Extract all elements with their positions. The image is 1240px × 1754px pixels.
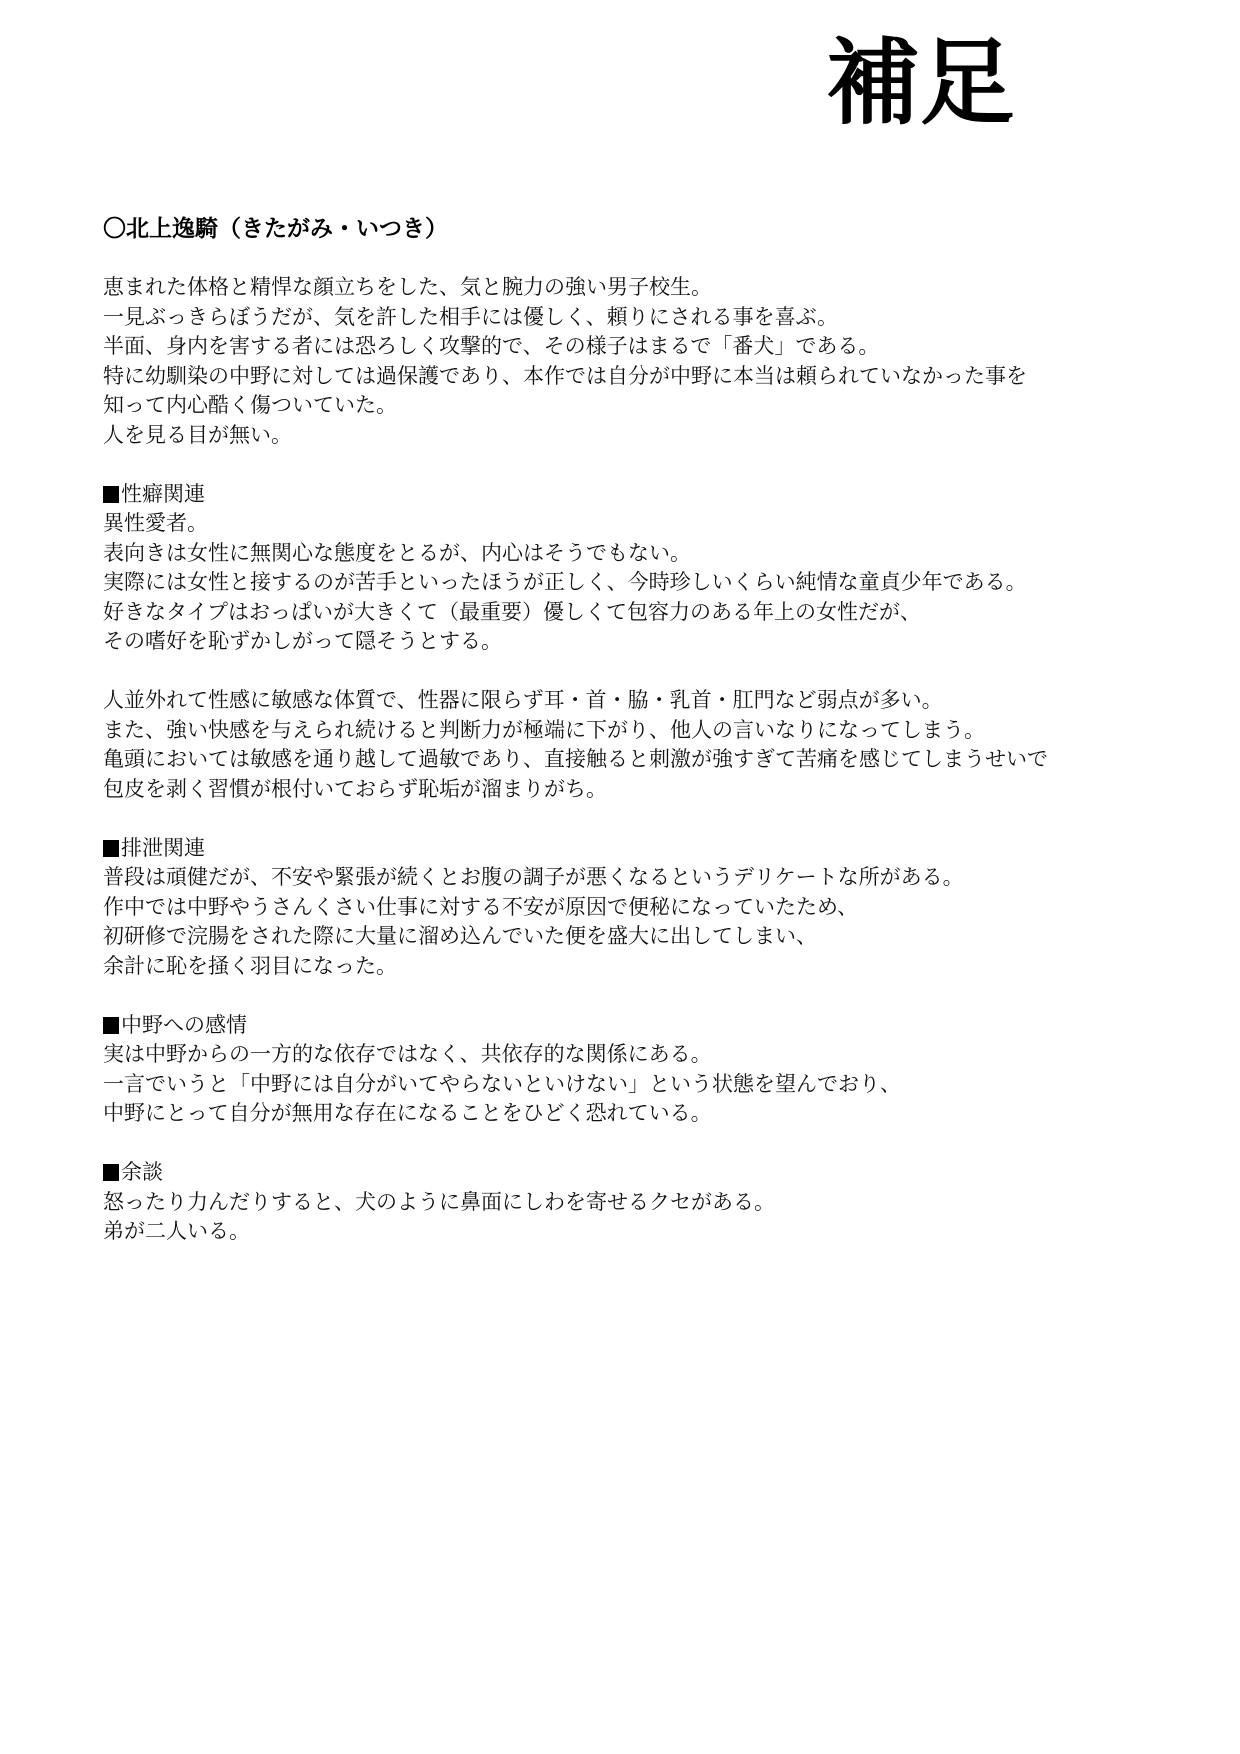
text-line: 人並外れて性感に敏感な体質で、性器に限らず耳・首・脇・乳首・肛門など弱点が多い。 [103, 686, 1183, 716]
text-line: また、強い快感を与えられ続けると判断力が極端に下がり、他人の言いなりになってしま… [103, 716, 1183, 746]
text-line: 表向きは女性に無関心な態度をとるが、内心はそうでもない。 [103, 539, 1183, 569]
text-line: 一見ぶっきらぼうだが、気を許した相手には優しく、頼りにされる事を喜ぶ。 [103, 303, 1183, 333]
text-line: 弟が二人いる。 [103, 1217, 1183, 1247]
black-square-icon [103, 840, 119, 857]
text-line: 人を見る目が無い。 [103, 421, 1183, 451]
text-line: 包皮を剥く習慣が根付いておらず恥垢が溜まりがち。 [103, 775, 1183, 805]
page-title: 補足 [826, 24, 1014, 144]
section-heading-label: 中野への感情 [121, 1013, 247, 1037]
section-fetish-paragraph-2: 人並外れて性感に敏感な体質で、性器に限らず耳・首・脇・乳首・肛門など弱点が多い。… [103, 686, 1183, 804]
section-heading-label: 性癖関連 [121, 482, 205, 506]
text-line: 実際には女性と接するのが苦手といったほうが正しく、今時珍しいくらい純情な童貞少年… [103, 568, 1183, 598]
section-heading: 排泄関連 [103, 834, 1183, 864]
text-line: 余計に恥を掻く羽目になった。 [103, 952, 1183, 982]
character-intro: 恵まれた体格と精悍な顔立ちをした、気と腕力の強い男子校生。 一見ぶっきらぼうだが… [103, 273, 1183, 450]
section-heading: 余談 [103, 1158, 1183, 1188]
text-line: 半面、身内を害する者には恐ろしく攻撃的で、その様子はまるで「番犬」である。 [103, 332, 1183, 362]
section-heading: 性癖関連 [103, 480, 1183, 510]
section-heading: 中野への感情 [103, 1011, 1183, 1041]
text-line: 初研修で浣腸をされた際に大量に溜め込んでいた便を盛大に出してしまい、 [103, 922, 1183, 952]
section-heading-label: 排泄関連 [121, 836, 205, 860]
section-feelings-nakano: 中野への感情 実は中野からの一方的な依存ではなく、共依存的な関係にある。 一言で… [103, 1011, 1183, 1129]
text-line: その嗜好を恥ずかしがって隠そうとする。 [103, 627, 1183, 657]
text-line: 異性愛者。 [103, 509, 1183, 539]
section-heading-label: 余談 [121, 1160, 163, 1184]
section-aside: 余談 怒ったり力んだりすると、犬のように鼻面にしわを寄せるクセがある。 弟が二人… [103, 1158, 1183, 1247]
text-line: 一言でいうと「中野には自分がいてやらないといけない」という状態を望んでおり、 [103, 1070, 1183, 1100]
text-line: 知って内心酷く傷ついていた。 [103, 391, 1183, 421]
text-line: 亀頭においては敏感を通り越して過敏であり、直接触ると刺激が強すぎて苦痛を感じてし… [103, 745, 1183, 775]
black-square-icon [103, 486, 119, 503]
text-line: 中野にとって自分が無用な存在になることをひどく恐れている。 [103, 1099, 1183, 1129]
text-line: 実は中野からの一方的な依存ではなく、共依存的な関係にある。 [103, 1040, 1183, 1070]
black-square-icon [103, 1017, 119, 1034]
text-line: 普段は頑健だが、不安や緊張が続くとお腹の調子が悪くなるというデリケートな所がある… [103, 863, 1183, 893]
text-line: 作中では中野やうさんくさい仕事に対する不安が原因で便秘になっていたため、 [103, 893, 1183, 923]
document-body: 〇北上逸騎（きたがみ・いつき） 恵まれた体格と精悍な顔立ちをした、気と腕力の強い… [103, 214, 1183, 1276]
text-line: 好きなタイプはおっぱいが大きくて（最重要）優しくて包容力のある年上の女性だが、 [103, 598, 1183, 628]
character-heading: 〇北上逸騎（きたがみ・いつき） [103, 214, 1183, 244]
section-excretion: 排泄関連 普段は頑健だが、不安や緊張が続くとお腹の調子が悪くなるというデリケート… [103, 834, 1183, 982]
text-line: 特に幼馴染の中野に対しては過保護であり、本作では自分が中野に本当は頼られていなか… [103, 362, 1183, 392]
text-line: 怒ったり力んだりすると、犬のように鼻面にしわを寄せるクセがある。 [103, 1188, 1183, 1218]
black-square-icon [103, 1164, 119, 1181]
section-fetish: 性癖関連 異性愛者。 表向きは女性に無関心な態度をとるが、内心はそうでもない。 … [103, 480, 1183, 657]
text-line: 恵まれた体格と精悍な顔立ちをした、気と腕力の強い男子校生。 [103, 273, 1183, 303]
